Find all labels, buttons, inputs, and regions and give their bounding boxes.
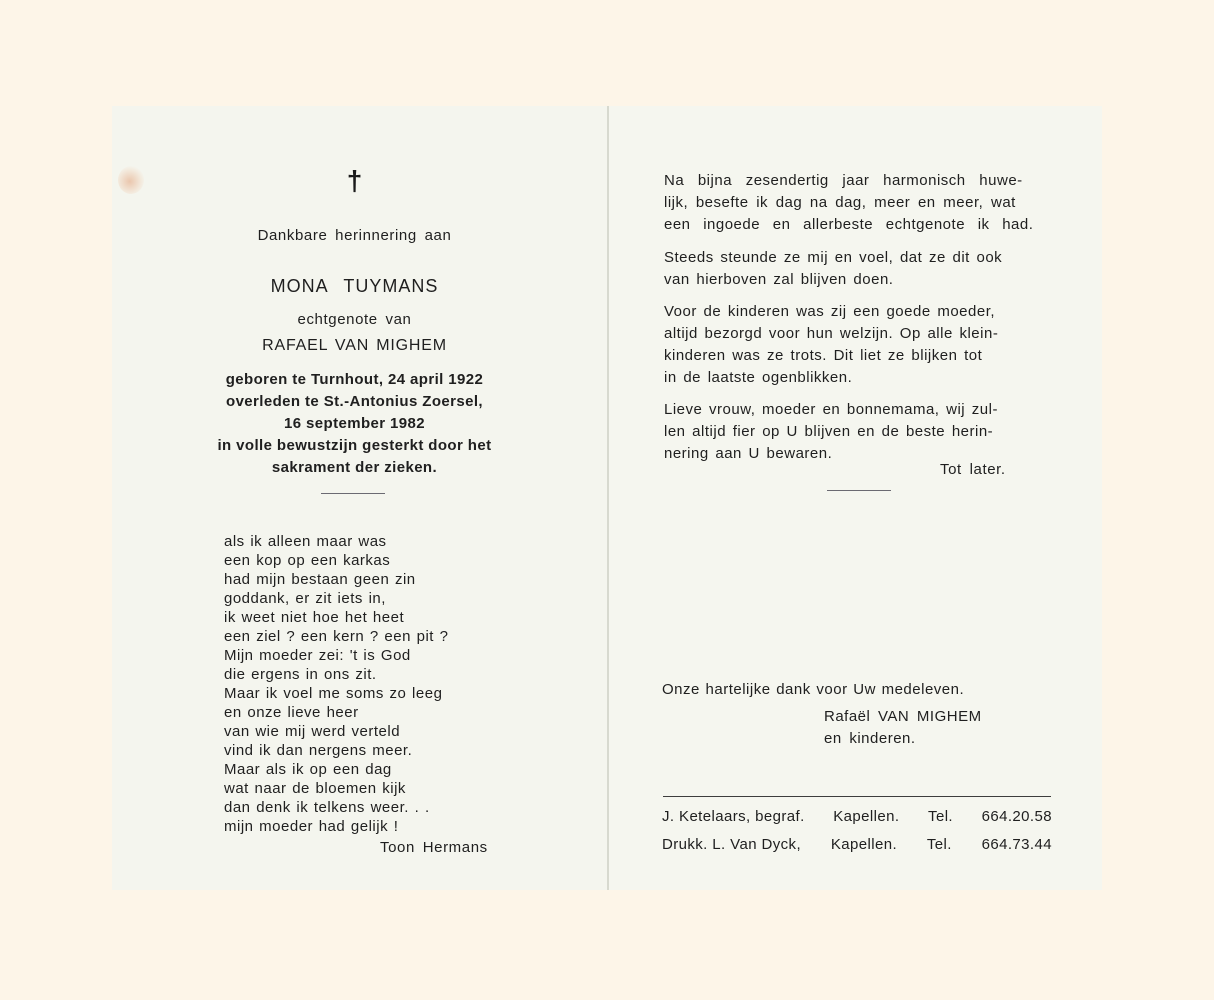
poem-line: en onze lieve heer (224, 703, 448, 722)
death-date-line: 16 september 1982 (112, 413, 597, 435)
paragraph-line: Lieve vrouw, moeder en bonnemama, wij zu… (664, 399, 1054, 421)
birth-death-facts: geboren te Turnhout, 24 april 1922 overl… (112, 369, 597, 479)
poem-line: Maar als ik op een dag (224, 760, 448, 779)
divider (321, 493, 385, 494)
credit-tel-label: Tel. (927, 831, 952, 859)
poem-line: wat naar de bloemen kijk (224, 779, 448, 798)
sacrament-line-2: sakrament der zieken. (112, 457, 597, 479)
paragraph-line: Steeds steunde ze mij en voel, dat ze di… (664, 247, 1054, 269)
credit-place: Kapellen. (833, 803, 899, 831)
signature: Rafaël VAN MIGHEM en kinderen. (824, 706, 982, 750)
death-place-line: overleden te St.-Antonius Zoersel, (112, 391, 597, 413)
spouse-name: RAFAEL VAN MIGHEM (112, 337, 597, 355)
poem-line: vind ik dan nergens meer. (224, 741, 448, 760)
paragraph-line: len altijd fier op U blijven en de beste… (664, 421, 1054, 443)
paragraph-farewell: Lieve vrouw, moeder en bonnemama, wij zu… (664, 399, 1054, 465)
credit-printer: Drukk. L. Van Dyck, Kapellen. Tel. 664.7… (662, 831, 1052, 859)
left-panel: † Dankbare herinnering aan MONA TUYMANS … (112, 106, 607, 890)
closing-text: Tot later. (940, 461, 1006, 478)
poem-line: een ziel ? een kern ? een pit ? (224, 627, 448, 646)
credit-name: Drukk. L. Van Dyck, (662, 831, 801, 859)
poem-line: als ik alleen maar was (224, 532, 448, 551)
credit-tel-label: Tel. (928, 803, 953, 831)
intro-text: Dankbare herinnering aan (112, 227, 597, 244)
credits: J. Ketelaars, begraf. Kapellen. Tel. 664… (662, 803, 1052, 859)
footer-rule (663, 796, 1051, 797)
poem-line: had mijn bestaan geen zin (224, 570, 448, 589)
paragraph-line: een ingoede en allerbeste echtgenote ik … (664, 214, 1054, 236)
birth-line: geboren te Turnhout, 24 april 1922 (112, 369, 597, 391)
poem-line: ik weet niet hoe het heet (224, 608, 448, 627)
paragraph-line: lijk, besefte ik dag na dag, meer en mee… (664, 192, 1054, 214)
credit-funeral-home: J. Ketelaars, begraf. Kapellen. Tel. 664… (662, 803, 1052, 831)
sacrament-line-1: in volle bewustzijn gesterkt door het (112, 435, 597, 457)
paragraph-mother: Voor de kinderen was zij een goede moede… (664, 301, 1054, 389)
poem-line: Maar ik voel me soms zo leeg (224, 684, 448, 703)
paragraph-support: Steeds steunde ze mij en voel, dat ze di… (664, 247, 1054, 291)
paragraph-line: altijd bezorgd voor hun welzijn. Op alle… (664, 323, 1054, 345)
poem-line: die ergens in ons zit. (224, 665, 448, 684)
poem-line: een kop op een karkas (224, 551, 448, 570)
poem-author: Toon Hermans (380, 839, 488, 856)
memorial-card: † Dankbare herinnering aan MONA TUYMANS … (112, 106, 1102, 890)
poem-line: dan denk ik telkens weer. . . (224, 798, 448, 817)
paragraph-marriage: Na bijna zesendertig jaar harmonisch huw… (664, 170, 1054, 236)
credit-tel: 664.20.58 (982, 803, 1052, 831)
thanks-text: Onze hartelijke dank voor Uw medeleven. (662, 681, 964, 698)
paragraph-line: kinderen was ze trots. Dit liet ze blijk… (664, 345, 1054, 367)
paragraph-line: Voor de kinderen was zij een goede moede… (664, 301, 1054, 323)
poem-line: mijn moeder had gelijk ! (224, 817, 448, 836)
signature-family: en kinderen. (824, 728, 982, 750)
deceased-name: MONA TUYMANS (112, 276, 597, 297)
signature-name: Rafaël VAN MIGHEM (824, 706, 982, 728)
poem-line: Mijn moeder zei: 't is God (224, 646, 448, 665)
credit-name: J. Ketelaars, begraf. (662, 803, 805, 831)
poem: als ik alleen maar was een kop op een ka… (224, 532, 448, 836)
paragraph-line: Na bijna zesendertig jaar harmonisch huw… (664, 170, 1054, 192)
right-panel: Na bijna zesendertig jaar harmonisch huw… (609, 106, 1102, 890)
divider (827, 490, 891, 491)
poem-line: van wie mij werd verteld (224, 722, 448, 741)
paragraph-line: in de laatste ogenblikken. (664, 367, 1054, 389)
paragraph-line: van hierboven zal blijven doen. (664, 269, 1054, 291)
spouse-label: echtgenote van (112, 311, 597, 328)
credit-tel: 664.73.44 (982, 831, 1052, 859)
poem-line: goddank, er zit iets in, (224, 589, 448, 608)
cross-icon: † (112, 166, 597, 196)
credit-place: Kapellen. (831, 831, 897, 859)
